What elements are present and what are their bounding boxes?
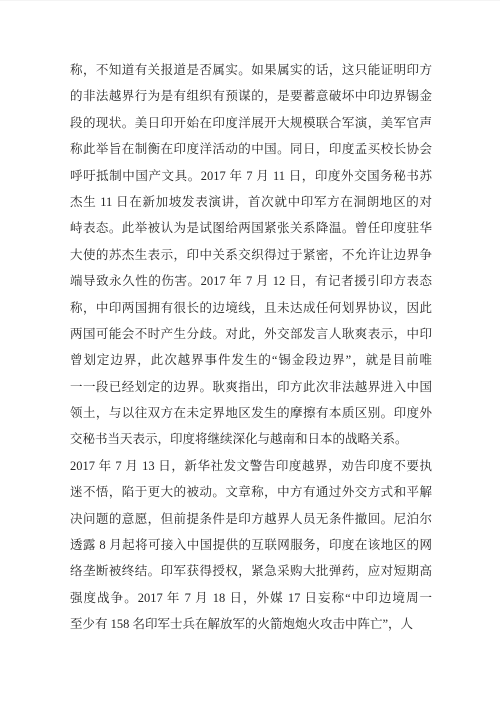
text-line: 2017 年 7 月 13 日，新华社发文警告印度越界，劝告印度不要执 (70, 453, 432, 479)
text-line: 强度战争。2017 年 7 月 18 日，外媒 17 日妄称“中印边境周一 (70, 585, 432, 611)
text-line: 称，不知道有关报道是否属实。如果属实的话，这只能证明印方 (70, 57, 432, 83)
text-line: 迷不悟，陷于更大的被动。文章称，中方有通过外交方式和平解 (70, 479, 432, 505)
text-line: 大使的苏杰生表示，印中关系交织得过于紧密，不允许让边界争 (70, 242, 432, 268)
text-line: 称，中印两国拥有很长的边境线，且未达成任何划界协议，因此 (70, 295, 432, 321)
text-line: 峙表态。此举被认为是试图给两国紧张关系降温。曾任印度驻华 (70, 215, 432, 241)
text-line: 透露 8 月起将可接入中国提供的互联网服务，印度在该地区的网 (70, 532, 432, 558)
text-line: 段的现状。美日印开始在印度洋展开大规模联合军演，美军官声 (70, 110, 432, 136)
text-line: 端导致永久性的伤害。2017 年 7 月 12 日，有记者援引印方表态 (70, 268, 432, 294)
text-line: 呼吁抵制中国产文具。2017 年 7 月 11 日，印度外交国务秘书苏 (70, 163, 432, 189)
document-page: 称，不知道有关报道是否属实。如果属实的话，这只能证明印方 的非法越界行为是有组织… (0, 0, 500, 707)
page-top-edge (0, 0, 500, 1)
text-line: 一一段已经划定的边界。耿爽指出，印方此次非法越界进入中国 (70, 374, 432, 400)
text-line: 曾划定边界，此次越界事件发生的“锡金段边界”，就是目前唯 (70, 347, 432, 373)
text-line-paragraph-end: 至少有 158 名印军士兵在解放军的火箭炮炮火攻击中阵亡”，人 (70, 611, 432, 637)
text-line-paragraph-end: 交秘书当天表示，印度将继续深化与越南和日本的战略关系。 (70, 426, 432, 452)
text-line: 两国可能会不时产生分歧。对此，外交部发言人耿爽表示，中印 (70, 321, 432, 347)
text-line: 领土，与以往双方在未定界地区发生的摩擦有本质区别。印度外 (70, 400, 432, 426)
document-body-text: 称，不知道有关报道是否属实。如果属实的话，这只能证明印方 的非法越界行为是有组织… (70, 57, 432, 638)
text-line: 决问题的意愿，但前提条件是印方越界人员无条件撤回。尼泊尔 (70, 506, 432, 532)
text-line: 称此举旨在制衡在印度洋活动的中国。同日，印度孟买校长协会 (70, 136, 432, 162)
text-line: 的非法越界行为是有组织有预谋的，是要蓄意破坏中印边界锡金 (70, 83, 432, 109)
text-line: 杰生 11 日在新加坡发表演讲，首次就中印军方在洞朗地区的对 (70, 189, 432, 215)
text-line: 络垄断被终结。印军获得授权，紧急采购大批弹药，应对短期高 (70, 558, 432, 584)
